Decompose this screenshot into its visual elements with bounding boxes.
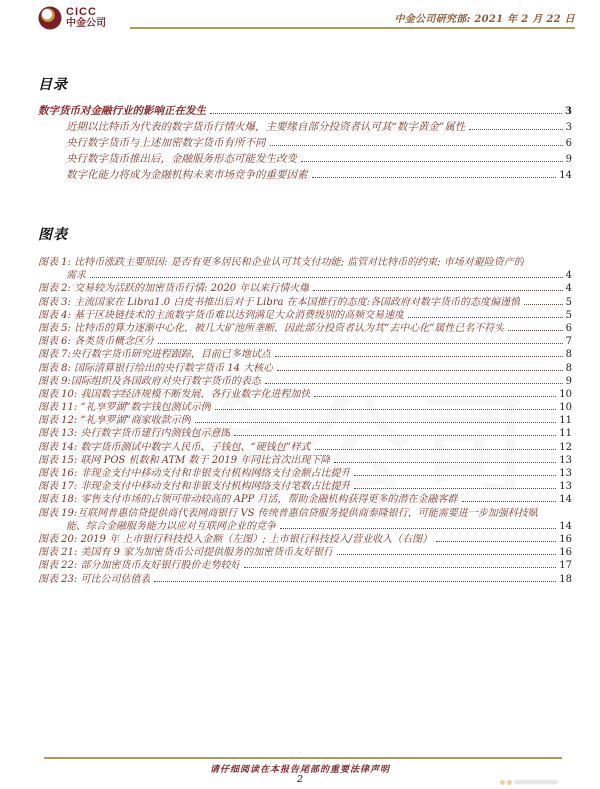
page-number: 4: [566, 270, 572, 279]
page-number: 18: [559, 574, 572, 583]
dot-leader: [277, 370, 562, 371]
figure-entry[interactable]: 图表 4: 基于区块链技术的主流数字货币难以达到满足大众消费级别的高频交易速度5: [38, 306, 572, 319]
entry-text: 数字货币对金融行业的影响正在发生: [38, 103, 206, 118]
dot-leader: [436, 541, 556, 542]
toc-section: 目录 数字货币对金融行业的影响正在发生3近期以比特币为代表的数字货币行情火爆，主…: [38, 74, 572, 183]
logo-text-cn: 中金公司: [66, 19, 106, 29]
figure-entry[interactable]: 图表 5: 比特币的算力逐渐中心化，被几大矿池所垄断，因此部分投资者认为其“去中…: [38, 319, 572, 332]
page-number: 12: [559, 442, 572, 451]
page-number: 16: [559, 534, 572, 543]
figures-heading: 图表: [38, 224, 572, 244]
figure-entry[interactable]: 图表 18: 零售支付市场的占领可带动较高的 APP 月活，帮助金融机构获得更多…: [38, 490, 572, 503]
figure-entry[interactable]: 图表 7:央行数字货币研究进程跟踪，目前已多地试点8: [38, 345, 572, 358]
toc-heading: 目录: [38, 74, 572, 94]
dot-leader: [270, 145, 563, 146]
figure-entry[interactable]: 图表 14: 数字货币测试中数字人民币、子钱包、“硬钱包”样式12: [38, 438, 572, 451]
page-number: 13: [559, 468, 572, 477]
page-number: 5: [566, 310, 572, 319]
dot-leader: [215, 409, 557, 410]
figure-entry[interactable]: 图表 1: 比特币涨跌主要原因: 是否有更多居民和企业认可其支付功能; 监管对比…: [38, 253, 572, 266]
entry-text: 图表 22: 部分加密货币友好银行股价走势较好: [38, 556, 240, 569]
entry-text: 央行数字货币与上述加密数字货币有所不同: [38, 135, 266, 150]
page-number: 4: [566, 283, 572, 292]
page-number: 8: [566, 363, 572, 372]
figure-entry[interactable]: 图表 13: 央行数字货币建行内测钱包示意图11: [38, 424, 572, 437]
logo-text: CICC 中金公司: [66, 7, 106, 29]
dot-leader: [315, 449, 557, 450]
figure-list: 图表 1: 比特币涨跌主要原因: 是否有更多居民和企业认可其支付功能; 监管对比…: [38, 253, 572, 583]
dot-leader: [90, 277, 563, 278]
page-number: 6: [566, 323, 572, 332]
figure-entry[interactable]: 图表 9:国际组织及各国政府对央行数字货币的表态9: [38, 372, 572, 385]
figure-entry[interactable]: 图表 16: 非现金支付中移动支付和非银支付机构网络支付金额占比提升13: [38, 464, 572, 477]
entry-text: 图表 11: “礼享罗湖”数字钱包测试示例: [38, 398, 211, 411]
toc-entry[interactable]: 央行数字货币与上述加密数字货币有所不同6: [38, 135, 572, 151]
entry-text: 图表 17: 非现金支付中移动支付和非银支付机构网络支付笔数占比提升: [38, 477, 350, 490]
dot-leader: [469, 129, 562, 130]
figure-entry[interactable]: 图表 19:互联网普惠信贷提供商代表网商银行 VS 传统普惠信贷服务提供商泰隆银…: [38, 504, 572, 517]
page-header: CICC 中金公司 中金公司研究部: 2021 年 2 月 22 日: [38, 6, 575, 32]
entry-text: 图表 8: 国际清算银行给出的央行数字货币 14 大核心: [38, 359, 273, 372]
dot-leader: [524, 304, 563, 305]
figure-entry[interactable]: 能、综合金融服务能力以应对互联网企业的竞争14: [38, 517, 572, 530]
page-number: 14: [559, 494, 572, 503]
entry-text: 图表 19:互联网普惠信贷提供商代表网商银行 VS 传统普惠信贷服务提供商泰隆银…: [38, 504, 538, 517]
page-number: 3: [565, 106, 572, 117]
entry-text: 数字化能力将成为金融机构未来市场竞争的重要因素: [38, 167, 308, 182]
page-number: 17: [559, 560, 572, 569]
entry-text: 近期以比特币为代表的数字货币行情火爆，主要缘自部分投资者认可其“数字黄金”属性: [38, 119, 465, 134]
dot-leader: [301, 161, 563, 162]
entry-text: 图表 14: 数字货币测试中数字人民币、子钱包、“硬钱包”样式: [38, 438, 311, 451]
figure-entry[interactable]: 图表 23: 可比公司估值表18: [38, 570, 572, 583]
dot-leader: [265, 383, 563, 384]
dot-leader: [354, 488, 556, 489]
figure-entry[interactable]: 图表 11: “礼享罗湖”数字钱包测试示例10: [38, 398, 572, 411]
entry-text: 图表 10: 我国数字经济规模不断发展，各行业数字化进程加快: [38, 385, 310, 398]
page-number: 10: [559, 389, 572, 398]
entry-text: 需求: [38, 266, 86, 279]
entry-text: 央行数字货币推出后，金融服务形态可能发生改变: [38, 151, 297, 166]
entry-text: 图表 1: 比特币涨跌主要原因: 是否有更多居民和企业认可其支付功能; 监管对比…: [38, 253, 524, 266]
figure-entry[interactable]: 图表 17: 非现金支付中移动支付和非银支付机构网络支付笔数占比提升13: [38, 477, 572, 490]
dot-leader: [275, 356, 563, 357]
toc-entry[interactable]: 近期以比特币为代表的数字货币行情火爆，主要缘自部分投资者认可其“数字黄金”属性3: [38, 119, 572, 135]
page-number: 5: [566, 297, 572, 306]
entry-text: 图表 16: 非现金支付中移动支付和非银支付机构网络支付金额占比提升: [38, 464, 350, 477]
figure-entry[interactable]: 图表 2: 交易较为活跃的加密货币行情: 2020 年以来行情火爆4: [38, 279, 572, 292]
header-divider: [130, 27, 575, 29]
dot-leader: [312, 177, 557, 178]
entry-text: 图表 2: 交易较为活跃的加密货币行情: 2020 年以来行情火爆: [38, 279, 309, 292]
page-number: 6: [566, 138, 572, 149]
page-number: 16: [559, 547, 572, 556]
toc-entry[interactable]: 数字化能力将成为金融机构未来市场竞争的重要因素14: [38, 167, 572, 183]
figure-entry[interactable]: 图表 12: “礼享罗湖”商家收款示例11: [38, 411, 572, 424]
dot-leader: [195, 422, 557, 423]
page-number: 13: [559, 455, 572, 464]
page-number: 11: [559, 428, 572, 437]
entry-text: 图表 3: 主流国家在 Libra1.0 白皮书推出后对于 Libra 在本国推…: [38, 293, 520, 306]
toc-list: 数字货币对金融行业的影响正在发生3近期以比特币为代表的数字货币行情火爆，主要缘自…: [38, 103, 572, 183]
page-number: 8: [566, 349, 572, 358]
footer-divider: [44, 757, 562, 759]
entry-text: 图表 12: “礼享罗湖”商家收款示例: [38, 411, 191, 424]
figure-entry[interactable]: 图表 20: 2019 年 上市银行科技投入金额（左图）; 上市银行科技投入/营…: [38, 530, 572, 543]
figure-entry[interactable]: 图表 10: 我国数字经济规模不断发展，各行业数字化进程加快10: [38, 385, 572, 398]
page-number: 3: [566, 122, 572, 133]
cicc-logo-icon: [38, 6, 62, 30]
dot-leader: [313, 290, 562, 291]
page-number: 11: [559, 415, 572, 424]
page-number: 9: [566, 154, 572, 165]
dot-leader: [408, 317, 563, 318]
dot-leader: [154, 581, 556, 582]
figure-entry[interactable]: 图表 3: 主流国家在 Libra1.0 白皮书推出后对于 Libra 在本国推…: [38, 293, 572, 306]
figure-entry[interactable]: 图表 6: 各类货币概念区分7: [38, 332, 572, 345]
entry-text: 图表 6: 各类货币概念区分: [38, 332, 154, 345]
entry-text: 图表 4: 基于区块链技术的主流数字货币难以达到满足大众消费级别的高频交易速度: [38, 306, 404, 319]
entry-text: 图表 20: 2019 年 上市银行科技投入金额（左图）; 上市银行科技投入/营…: [38, 530, 432, 543]
header-research-dept-date: 中金公司研究部: 2021 年 2 月 22 日: [395, 10, 576, 25]
dot-leader: [280, 528, 556, 529]
entry-text: 图表 9:国际组织及各国政府对央行数字货币的表态: [38, 372, 261, 385]
toc-entry[interactable]: 央行数字货币推出后，金融服务形态可能发生改变9: [38, 151, 572, 167]
page-number: 13: [559, 481, 572, 490]
entry-text: 图表 15: 联网 POS 机数和 ATM 数于 2019 年同比首次出现下降: [38, 451, 330, 464]
entry-text: 图表 5: 比特币的算力逐渐中心化，被几大矿池所垄断，因此部分投资者认为其“去中…: [38, 319, 504, 332]
footer-page-number: 2: [0, 774, 600, 785]
report-page: CICC 中金公司 中金公司研究部: 2021 年 2 月 22 日 中金公司 …: [0, 0, 600, 789]
page-number: 10: [559, 402, 572, 411]
figures-section: 图表 图表 1: 比特币涨跌主要原因: 是否有更多居民和企业认可其支付功能; 监…: [38, 224, 572, 583]
figure-entry[interactable]: 需求4: [38, 266, 572, 279]
dot-leader: [337, 554, 556, 555]
page-number: 7: [566, 336, 572, 345]
dot-leader: [234, 435, 556, 436]
figure-entry[interactable]: 图表 22: 部分加密货币友好银行股价走势较好17: [38, 556, 572, 569]
dot-leader: [462, 501, 557, 502]
logo-text-en: CICC: [66, 7, 106, 18]
entry-text: 能、综合金融服务能力以应对互联网企业的竞争: [38, 517, 276, 530]
entry-text: 图表 13: 央行数字货币建行内测钱包示意图: [38, 424, 230, 437]
page-number: 14: [559, 521, 572, 530]
page-number: 14: [559, 170, 572, 181]
entry-text: 图表 18: 零售支付市场的占领可带动较高的 APP 月活，帮助金融机构获得更多…: [38, 490, 458, 503]
dot-leader: [244, 567, 556, 568]
entry-text: 图表 21: 美国有 9 家为加密货币公司提供服务的加密货币友好银行: [38, 543, 333, 556]
page-number: 9: [566, 376, 572, 385]
figure-entry[interactable]: 图表 15: 联网 POS 机数和 ATM 数于 2019 年同比首次出现下降1…: [38, 451, 572, 464]
dot-leader: [334, 462, 556, 463]
figure-entry[interactable]: 图表 21: 美国有 9 家为加密货币公司提供服务的加密货币友好银行16: [38, 543, 572, 556]
entry-text: 图表 23: 可比公司估值表: [38, 570, 150, 583]
figure-entry[interactable]: 图表 8: 国际清算银行给出的央行数字货币 14 大核心8: [38, 359, 572, 372]
dot-leader: [210, 113, 562, 114]
dot-leader: [158, 343, 563, 344]
dot-leader: [354, 475, 556, 476]
toc-entry[interactable]: 数字货币对金融行业的影响正在发生3: [38, 103, 572, 119]
dot-leader: [508, 330, 562, 331]
dot-leader: [314, 396, 556, 397]
entry-text: 图表 7:央行数字货币研究进程跟踪，目前已多地试点: [38, 345, 271, 358]
